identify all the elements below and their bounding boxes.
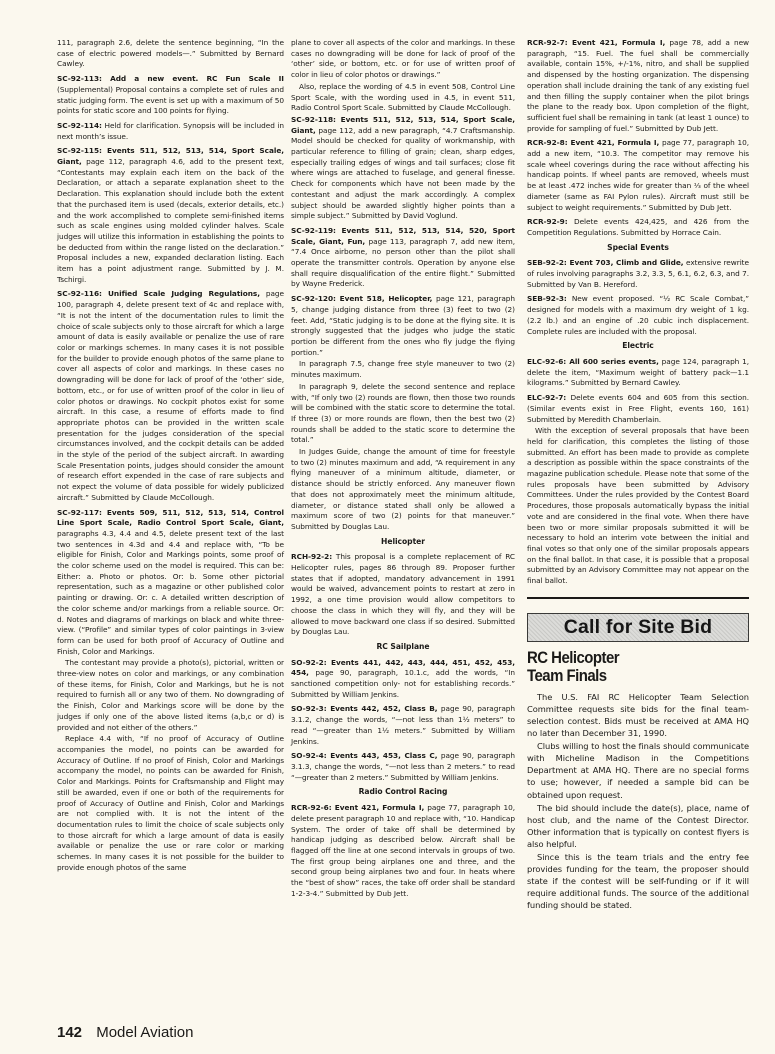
proposal-entry: ELC-92-7: Delete events 604 and 605 from… — [527, 393, 749, 425]
proposal-text: paragraphs 4.3, 4.4 and 4.5, delete pres… — [57, 529, 284, 656]
proposal-entry: SEB-92-3: New event proposed. “½ RC Scal… — [527, 294, 749, 337]
proposal-text: With the exception of several proposals … — [527, 426, 749, 585]
site-bid-paragraph: The bid should include the date(s), plac… — [527, 802, 749, 850]
page-footer: 142 Model Aviation — [57, 1024, 194, 1041]
proposal-id: RCR-92-6: Event 421, Formula I, — [291, 803, 424, 812]
proposal-id: RCR-92-8: Event 421, Formula I, — [527, 138, 659, 147]
column-3-proposals: RCR-92-7: Event 421, Formula I, page 78,… — [527, 38, 749, 587]
section-subhead: Electric — [527, 341, 749, 352]
proposal-text: In paragraph 7.5, change free style mane… — [291, 359, 515, 379]
publication-name: Model Aviation — [96, 1024, 193, 1041]
proposal-text: Also, replace the wording of 4.5 in even… — [291, 82, 515, 112]
column-2: plane to cover all aspects of the color … — [291, 38, 515, 903]
proposal-id: SEB-92-2: Event 703, Climb and Glide, — [527, 258, 684, 267]
headline-line-2: Team Finals — [527, 667, 722, 685]
proposal-entry: SC-92-117: Events 509, 511, 512, 513, 51… — [57, 508, 284, 658]
body-paragraph: In paragraph 7.5, change free style mane… — [291, 359, 515, 380]
body-paragraph: In paragraph 9, delete the second senten… — [291, 382, 515, 446]
proposal-entry: SC-92-118: Events 511, 512, 513, 514, Sp… — [291, 115, 515, 222]
column-1: 111, paragraph 2.6, delete the sentence … — [57, 38, 284, 874]
proposal-entry: RCR-92-6: Event 421, Formula I, page 77,… — [291, 803, 515, 899]
proposal-entry: SC-92-119: Events 511, 512, 513, 514, 52… — [291, 226, 515, 290]
call-for-site-bid-banner: Call for Site Bid — [527, 613, 749, 642]
proposal-text: Replace 4.4 with, “If no proof of Accura… — [57, 734, 284, 871]
body-paragraph: The contestant may provide a photo(s), p… — [57, 658, 284, 733]
proposal-entry: RCH-92-2: This proposal is a complete re… — [291, 552, 515, 638]
body-paragraph: plane to cover all aspects of the color … — [291, 38, 515, 81]
body-paragraph: Also, replace the wording of 4.5 in even… — [291, 82, 515, 114]
proposal-entry: SC-92-113: Add a new event. RC Fun Scale… — [57, 74, 284, 117]
proposal-id: SC-92-117: Events 509, 511, 512, 513, 51… — [57, 508, 284, 528]
proposal-entry: SC-92-114: Held for clarification. Synop… — [57, 121, 284, 142]
proposal-text: page 78, add a new paragraph, “15. Fuel.… — [527, 38, 749, 133]
section-subhead: RC Sailplane — [291, 642, 515, 653]
section-subhead: Radio Control Racing — [291, 787, 515, 798]
proposal-id: ELC-92-6: All 600 series events, — [527, 357, 659, 366]
proposal-text: plane to cover all aspects of the color … — [291, 38, 515, 79]
proposal-text: page 112, add a new paragraph, “4.7 Craf… — [291, 126, 515, 221]
proposal-text: page 100, paragraph 4, delete present te… — [57, 289, 284, 501]
proposal-text: page 112, paragraph 4.6, add to the pres… — [57, 157, 284, 284]
proposal-text: (Supplemental) Proposal contains a compl… — [57, 85, 284, 115]
proposal-entry: SO-92-3: Events 442, 452, Class B, page … — [291, 704, 515, 747]
proposal-id: RCH-92-2: — [291, 552, 332, 561]
proposal-entry: SC-92-116: Unified Scale Judging Regulat… — [57, 289, 284, 503]
proposal-text: page 77, paragraph 10, delete present pa… — [291, 803, 515, 898]
proposal-entry: SC-92-115: Events 511, 512, 513, 514, Sp… — [57, 146, 284, 285]
proposal-entry: SC-92-120: Event 518, Helicopter, page 1… — [291, 294, 515, 358]
proposal-text: In Judges Guide, change the amount of ti… — [291, 447, 515, 531]
section-divider-rule — [527, 597, 749, 599]
proposal-entry: RCR-92-9: Delete events 424,425, and 426… — [527, 217, 749, 238]
body-paragraph: Replace 4.4 with, “If no proof of Accura… — [57, 734, 284, 873]
site-bid-body: The U.S. FAI RC Helicopter Team Selectio… — [527, 691, 749, 912]
proposal-text: This proposal is a complete replacement … — [291, 552, 515, 636]
proposal-entry: SO-92-4: Events 443, 453, Class C, page … — [291, 751, 515, 783]
site-bid-paragraph: Since this is the team trials and the en… — [527, 851, 749, 911]
body-paragraph: In Judges Guide, change the amount of ti… — [291, 447, 515, 533]
proposal-text: page 77, paragraph 10, add a new item, “… — [527, 138, 749, 211]
proposal-entry: SEB-92-2: Event 703, Climb and Glide, ex… — [527, 258, 749, 290]
site-bid-paragraph: The U.S. FAI RC Helicopter Team Selectio… — [527, 691, 749, 739]
proposal-id: SC-92-113: Add a new event. RC Fun Scale… — [57, 74, 284, 83]
proposal-id: ELC-92-7: — [527, 393, 566, 402]
column-3: RCR-92-7: Event 421, Formula I, page 78,… — [527, 38, 749, 912]
proposal-id: RCR-92-7: Event 421, Formula I, — [527, 38, 665, 47]
proposal-id: RCR-92-9: — [527, 217, 568, 226]
body-paragraph: 111, paragraph 2.6, delete the sentence … — [57, 38, 284, 70]
proposal-id: SC-92-114: — [57, 121, 102, 130]
proposal-entry: RCR-92-7: Event 421, Formula I, page 78,… — [527, 38, 749, 134]
proposal-id: SO-92-3: Events 442, 452, Class B, — [291, 704, 438, 713]
proposal-id: SC-92-116: Unified Scale Judging Regulat… — [57, 289, 260, 298]
proposal-id: SEB-92-3: — [527, 294, 567, 303]
proposal-text: In paragraph 9, delete the second senten… — [291, 382, 515, 445]
proposal-text: The contestant may provide a photo(s), p… — [57, 658, 284, 731]
headline-line-1: RC Helicopter — [527, 649, 722, 667]
proposal-entry: ELC-92-6: All 600 series events, page 12… — [527, 357, 749, 389]
proposal-entry: SO-92-2: Events 441, 442, 443, 444, 451,… — [291, 658, 515, 701]
proposal-text: 111, paragraph 2.6, delete the sentence … — [57, 38, 284, 68]
proposal-id: SO-92-4: Events 443, 453, Class C, — [291, 751, 437, 760]
proposal-entry: RCR-92-8: Event 421, Formula I, page 77,… — [527, 138, 749, 213]
proposal-text: page 90, paragraph, 10.1.c, add the word… — [291, 668, 515, 698]
site-bid-paragraph: Clubs willing to host the finals should … — [527, 740, 749, 800]
magazine-page: 111, paragraph 2.6, delete the sentence … — [0, 0, 775, 1054]
page-number: 142 — [57, 1024, 82, 1041]
site-bid-headline: RC Helicopter Team Finals — [527, 649, 722, 685]
section-subhead: Special Events — [527, 243, 749, 254]
section-subhead: Helicopter — [291, 537, 515, 548]
body-paragraph: With the exception of several proposals … — [527, 426, 749, 587]
proposal-text: page 121, paragraph 5, change judging di… — [291, 294, 515, 357]
proposal-id: SC-92-120: Event 518, Helicopter, — [291, 294, 432, 303]
